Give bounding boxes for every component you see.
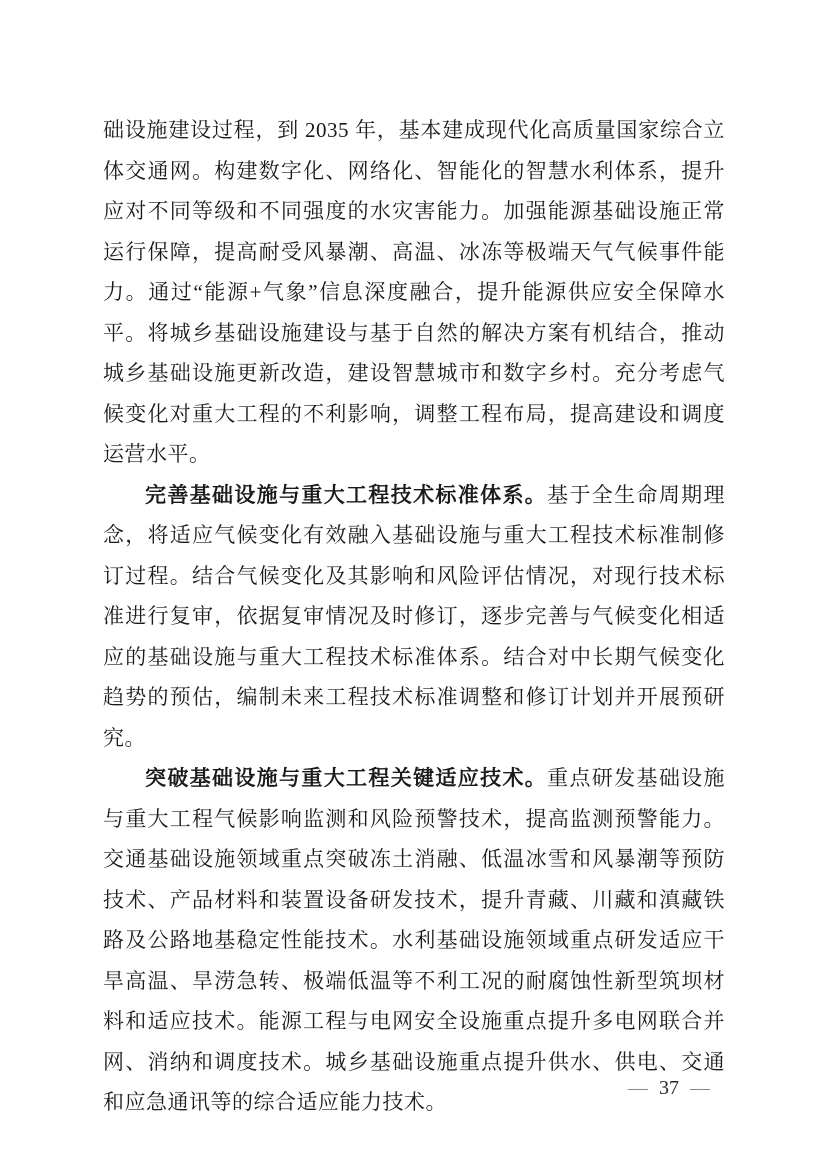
paragraph-text: 基于全生命周期理念，将适应气候变化有效融入基础设施与重大工程技术标准制修订过程。… — [103, 483, 725, 750]
page-number-dash-left: — — [628, 1077, 648, 1099]
paragraph: 础设施建设过程，到 2035 年，基本建成现代化高质量国家综合立体交通网。构建数… — [103, 110, 725, 475]
document-page: 础设施建设过程，到 2035 年，基本建成现代化高质量国家综合立体交通网。构建数… — [0, 0, 826, 1169]
paragraph: 完善基础设施与重大工程技术标准体系。基于全生命周期理念，将适应气候变化有效融入基… — [103, 475, 725, 759]
paragraph-lead-heading: 突破基础设施与重大工程关键适应技术。 — [145, 766, 547, 790]
paragraph-text: 础设施建设过程，到 2035 年，基本建成现代化高质量国家综合立体交通网。构建数… — [103, 118, 725, 466]
page-number-dash-right: — — [690, 1077, 710, 1099]
paragraph-text: 重点研发基础设施与重大工程气候影响监测和风险预警技术，提高监测预警能力。交通基础… — [103, 766, 725, 1114]
document-body: 础设施建设过程，到 2035 年，基本建成现代化高质量国家综合立体交通网。构建数… — [103, 110, 725, 1123]
paragraph-lead-heading: 完善基础设施与重大工程技术标准体系。 — [145, 483, 547, 507]
paragraph: 突破基础设施与重大工程关键适应技术。重点研发基础设施与重大工程气候影响监测和风险… — [103, 758, 725, 1123]
page-number-value: 37 — [659, 1077, 679, 1099]
page-number: — 37 — — [628, 1077, 710, 1099]
